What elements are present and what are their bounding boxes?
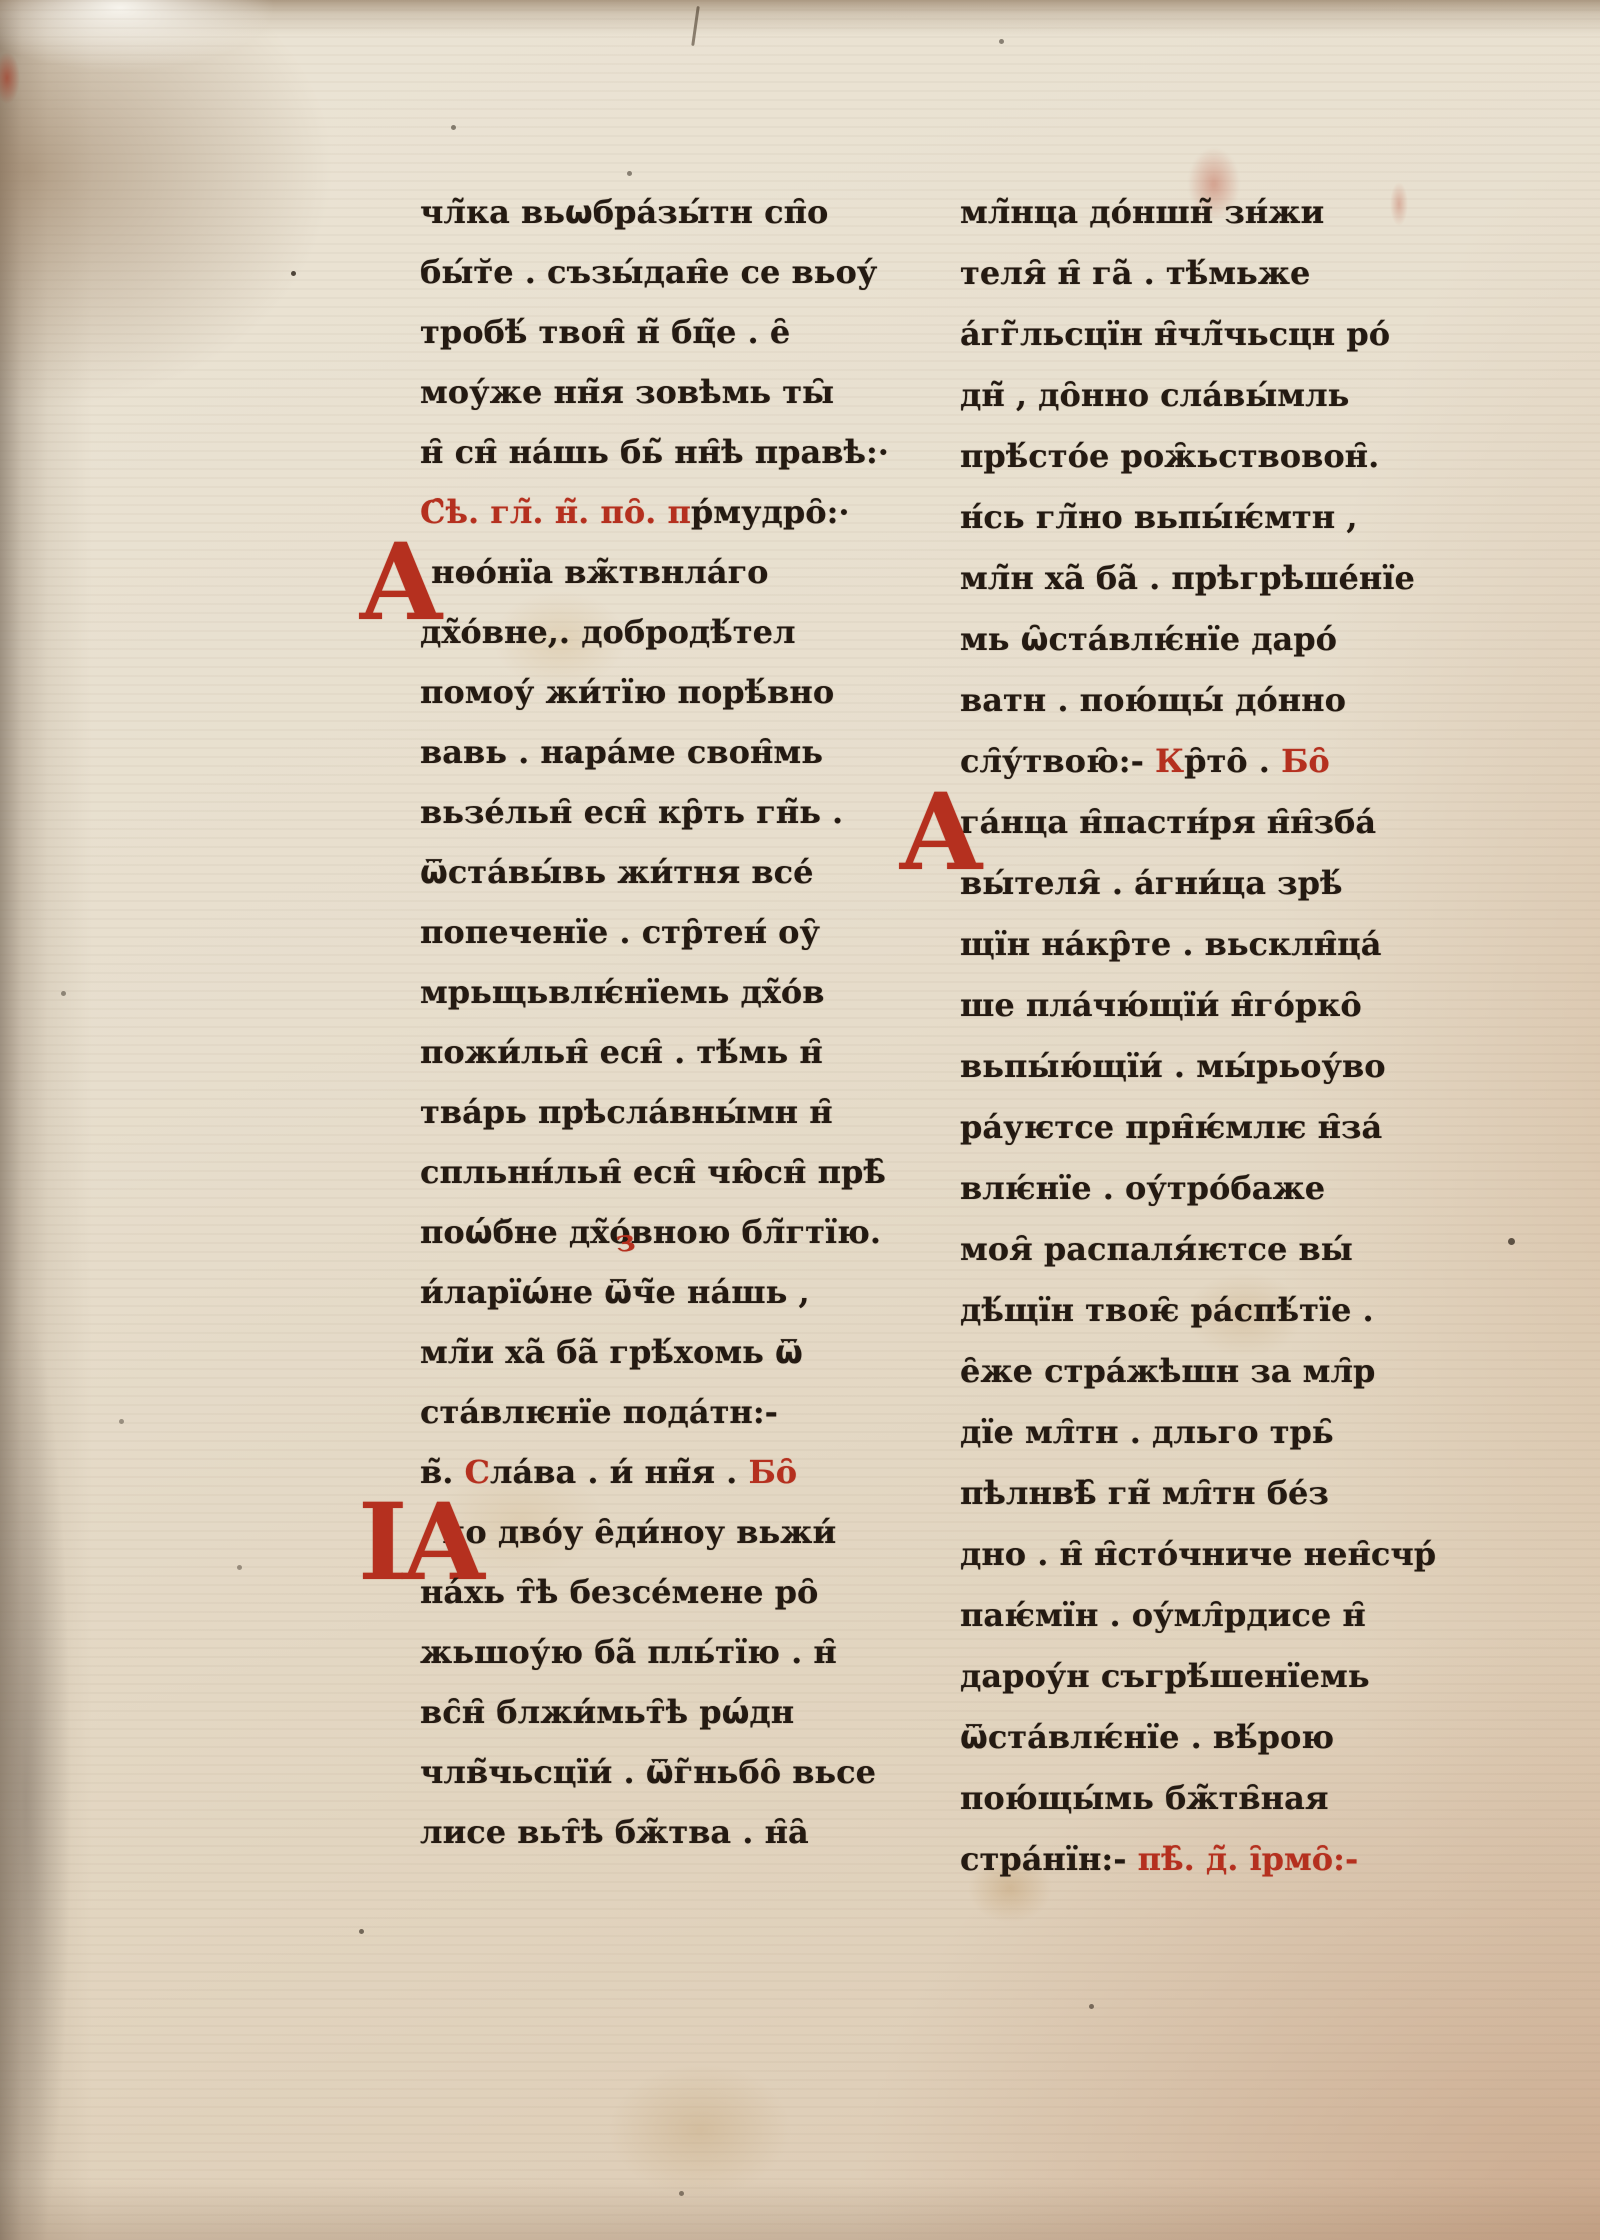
body-text: чл̃ка вьѡбра́зы́тн сп̑о (420, 193, 828, 231)
body-text: теля̑ н̑ га̃ . тѣ́мьже (960, 254, 1310, 292)
body-text: щїн на́кр̑те . вьсклн̑ца́ (960, 925, 1382, 963)
body-text: р́мудро̑:· (691, 493, 850, 531)
body-text: вьпы́ю́щїи́ . мы́рьоу́во (960, 1047, 1386, 1085)
text-line: вавь . нара́ме свон̑мь (420, 722, 840, 782)
body-text: моя̑ распаля́ѥтсе вы́ (960, 1230, 1353, 1268)
body-text: ко дво́у е̑ди́ноу вьжи́ (420, 1513, 836, 1551)
rubric-text: Бо̑ (748, 1453, 797, 1491)
text-line: жьшоу́ю ба̃ пль́тїю . н̑ (420, 1622, 840, 1682)
text-line: лисе вьт̑ѣ бж̃тва . н̑а̑ (420, 1802, 840, 1862)
body-text: мл̃нца до́ншн̃ зн́жи (960, 193, 1324, 231)
ink-specks (0, 0, 3, 3)
text-line: на́хь т̑ѣ безсе́мене ро̑ (420, 1562, 840, 1622)
body-text: попеченїе . стр̑тен́ оу̑ (420, 913, 820, 951)
text-line: прѣ́сто́е рож̑ьствовон̑. (960, 426, 1360, 487)
rubric-text: К (1155, 742, 1184, 780)
body-text: мрьщьвлѥ́нїемь дх̃о́в (420, 973, 824, 1011)
body-text: поѡ́б̆не дх̃о́вною бл̃гтїю. (420, 1213, 881, 1251)
body-text: ѿста́вы́вь жи́тня все́ (420, 853, 813, 891)
text-line: вьпы́ю́щїи́ . мы́рьоу́во (960, 1036, 1360, 1097)
text-column-left: чл̃ка вьѡбра́зы́тн сп̑обы́т̆е . съзы́дан… (420, 182, 840, 1862)
body-text: влѥ́нїе . оу́тро́баже (960, 1169, 1325, 1207)
text-line: мь ѡ̑ста́влѥ́нїе даро́ (960, 609, 1360, 670)
text-line: спльнн́льн̑ есн̑ чю̑сн̑ прѣ̑ (420, 1142, 840, 1202)
rubric-text: С̑ѣ. гл̃. н̃. по̑. п (420, 493, 691, 531)
text-line: ватн . пою́щы́ до́нно (960, 670, 1360, 731)
body-text: нѳо́нїа вж̃твнла́го (420, 553, 769, 591)
text-line: стра́нїн:- пѣ̑. д̃. і̑рмо̑:- (960, 1829, 1360, 1890)
body-text: прѣ́сто́е рож̑ьствовон̑. (960, 437, 1379, 475)
body-text: моу́же нн̃я зовѣмь ты̑ (420, 373, 834, 411)
body-text: жьшоу́ю ба̃ пль́тїю . н̑ (420, 1633, 837, 1671)
body-text: н̑ сн̑ на́шь бь̃ нн̑ѣ правѣ:· (420, 433, 889, 471)
body-text: ше пла́чю́щїи́ н̑го́рко̑ (960, 986, 1362, 1024)
body-text: вавь . нара́ме свон̑мь (420, 733, 823, 771)
text-line: в̃. Сла́ва . и́ нн̃я . Бо̑ (420, 1442, 840, 1502)
body-text: р̑то̑ . (1184, 742, 1281, 780)
body-text: ѿста́влѥ́нїе . вѣ́рою (960, 1718, 1334, 1756)
text-line: ѿста́вы́вь жи́тня все́ (420, 842, 840, 902)
body-text: лисе вьт̑ѣ бж̃тва . н̑а̑ (420, 1813, 809, 1851)
text-line: А нѳо́нїа вж̃твнла́го (420, 542, 840, 602)
text-line: мл̃нца до́ншн̃ зн́жи (960, 182, 1360, 243)
text-column-right: мл̃нца до́ншн̃ зн́жителя̑ н̑ га̃ . тѣ́мь… (960, 182, 1360, 1890)
body-text: тробѣ́ твон̑ н̃ бц̃е . е̑ (420, 313, 790, 351)
body-text: пѣлнвѣ̑ гн̃ мл̑тн бе́з (960, 1474, 1329, 1512)
text-line: бы́т̆е . съзы́дан̑е се вьоу́ (420, 242, 840, 302)
text-line: дѣ́щїн твоѥ̑ ра́спѣ́тїе . (960, 1280, 1360, 1341)
body-text: бы́т̆е . съзы́дан̑е се вьоу́ (420, 253, 877, 291)
body-text: е̑же стра́жѣшн за мл̑р (960, 1352, 1375, 1390)
red-ink-smudge (0, 52, 20, 104)
body-text: тва́рь прѣсла́вны́мн н̑ (420, 1093, 833, 1131)
text-line: мрьщьвлѥ́нїемь дх̃о́в (420, 962, 840, 1022)
text-line: ѿста́влѥ́нїе . вѣ́рою (960, 1707, 1360, 1768)
text-line: ра́уѥтсе прн̑ѥ́млѥ н̑за́ (960, 1097, 1360, 1158)
text-line: вьзе́льн̑ есн̑ кр̑ть гн̃ь . (420, 782, 840, 842)
body-text: члв̃чьсцїи́ . ѿг̃ньбо̑ вьсе (420, 1753, 876, 1791)
body-text: ватн . пою́щы́ до́нно (960, 681, 1346, 719)
body-text: ла́ва . и́ нн̃я . (490, 1453, 748, 1491)
body-text: вы́теля̑ . а́гни́ца зрѣ́ (960, 864, 1342, 902)
body-text: стра́нїн:- (960, 1840, 1138, 1878)
body-text: н́сь гл̃но вьпы́ѥ́мтн , (960, 498, 1357, 536)
text-line: мл̃и ха̃ ба̃ грѣ́хомь ѿ (420, 1322, 840, 1382)
text-line: вы́теля̑ . а́гни́ца зрѣ́ (960, 853, 1360, 914)
marginal-correction: з (614, 1223, 637, 1260)
text-line: попеченїе . стр̑тен́ оу̑ (420, 902, 840, 962)
body-text: мл̃н ха̃ ба̃ . прѣгрѣше́нїе (960, 559, 1415, 597)
body-text: сл̑у́твою̑:- (960, 742, 1155, 780)
text-line: пѣлнвѣ̑ гн̃ мл̑тн бе́з (960, 1463, 1360, 1524)
text-line: мл̃н ха̃ ба̃ . прѣгрѣше́нїе (960, 548, 1360, 609)
body-text: дно . н̑ н̑сто́чниче нен̑счр́ (960, 1535, 1436, 1573)
text-line: моя̑ распаля́ѥтсе вы́ (960, 1219, 1360, 1280)
text-line: С̑ѣ. гл̃. н̃. по̑. пр́мудро̑:· (420, 482, 840, 542)
body-text: паѥ́мїн . оу́мл̑рдисе н̑ (960, 1596, 1366, 1634)
body-text: вьзе́льн̑ есн̑ кр̑ть гн̃ь . (420, 793, 843, 831)
body-text: пою́щы́мь бж̃тв̑ная (960, 1779, 1328, 1817)
text-line: дно . н̑ н̑сто́чниче нен̑счр́ (960, 1524, 1360, 1585)
text-line: ста́влѥнїе пода́тн:- (420, 1382, 840, 1442)
text-line: пою́щы́мь бж̃тв̑ная (960, 1768, 1360, 1829)
body-text: а́гг̃льсцїн н̑чл̃чьсцн ро́ (960, 315, 1390, 353)
body-text: дѣ́щїн твоѥ̑ ра́спѣ́тїе . (960, 1291, 1374, 1329)
text-line: дароу́н съгрѣ́шенїемь (960, 1646, 1360, 1707)
text-line: щїн на́кр̑те . вьсклн̑ца́ (960, 914, 1360, 975)
text-line: н́сь гл̃но вьпы́ѥ́мтн , (960, 487, 1360, 548)
text-line: чл̃ка вьѡбра́зы́тн сп̑о (420, 182, 840, 242)
body-text: мл̃и ха̃ ба̃ грѣ́хомь ѿ (420, 1333, 803, 1371)
body-text: ра́уѥтсе прн̑ѥ́млѥ н̑за́ (960, 1108, 1382, 1146)
text-line: тва́рь прѣсла́вны́мн н̑ (420, 1082, 840, 1142)
text-line: члв̃чьсцїи́ . ѿг̃ньбо̑ вьсе (420, 1742, 840, 1802)
text-line: дх̃о́вне,. добродѣ́тел (420, 602, 840, 662)
manuscript-page: чл̃ка вьѡбра́зы́тн сп̑обы́т̆е . съзы́дан… (0, 0, 1600, 2240)
text-line: е̑же стра́жѣшн за мл̑р (960, 1341, 1360, 1402)
body-text: пожи́льн̑ есн̑ . тѣ́мь н̑ (420, 1033, 823, 1071)
body-text: ста́влѥнїе пода́тн:- (420, 1393, 778, 1431)
text-line: н̑ сн̑ на́шь бь̃ нн̑ѣ правѣ:· (420, 422, 840, 482)
body-text: дїе мл̑тн . дльго трь̑ (960, 1413, 1334, 1451)
body-text: и́ларїѡ́не ѿч̃е на́шь , (420, 1273, 810, 1311)
text-line: теля̑ н̑ га̃ . тѣ́мьже (960, 243, 1360, 304)
body-text: помоу́ жи́тїю порѣ́вно (420, 673, 834, 711)
text-line: паѥ́мїн . оу́мл̑рдисе н̑ (960, 1585, 1360, 1646)
text-line: дн̃ , до̑нно сла́вы́мль (960, 365, 1360, 426)
body-text: на́хь т̑ѣ безсе́мене ро̑ (420, 1573, 818, 1611)
body-text: дх̃о́вне,. добродѣ́тел (420, 613, 796, 651)
body-text: дн̃ , до̑нно сла́вы́мль (960, 376, 1349, 414)
text-line: вс̑н̑ блжи́мьт̑ѣ рѡ́дн (420, 1682, 840, 1742)
text-line: Ага́нца н̑пастн́ря н̑н̑зба́ (960, 792, 1360, 853)
text-line: ІА ко дво́у е̑ди́ноу вьжи́ (420, 1502, 840, 1562)
text-line: влѥ́нїе . оу́тро́баже (960, 1158, 1360, 1219)
text-line: помоу́ жи́тїю порѣ́вно (420, 662, 840, 722)
body-text: вс̑н̑ блжи́мьт̑ѣ рѡ́дн (420, 1693, 794, 1731)
text-line: а́гг̃льсцїн н̑чл̃чьсцн ро́ (960, 304, 1360, 365)
text-line: сл̑у́твою̑:- Кр̑то̑ . Бо̑ (960, 731, 1360, 792)
body-text: спльнн́льн̑ есн̑ чю̑сн̑ прѣ̑ (420, 1153, 886, 1191)
text-line: пожи́льн̑ есн̑ . тѣ́мь н̑ (420, 1022, 840, 1082)
text-line: дїе мл̑тн . дльго трь̑ (960, 1402, 1360, 1463)
red-ink-smudge (1390, 182, 1408, 226)
pen-mark (691, 6, 700, 46)
body-text: мь ѡ̑ста́влѥ́нїе даро́ (960, 620, 1337, 658)
rubric-text: пѣ̑. д̃. і̑рмо̑:- (1138, 1840, 1359, 1878)
text-line: тробѣ́ твон̑ н̃ бц̃е . е̑ (420, 302, 840, 362)
text-line: и́ларїѡ́не ѿч̃е на́шь , (420, 1262, 840, 1322)
rubric-text: Бо̑ (1281, 742, 1330, 780)
text-line: моу́же нн̃я зовѣмь ты̑ (420, 362, 840, 422)
body-text: дароу́н съгрѣ́шенїемь (960, 1657, 1370, 1695)
body-text: га́нца н̑пастн́ря н̑н̑зба́ (960, 803, 1376, 841)
text-line: ше пла́чю́щїи́ н̑го́рко̑ (960, 975, 1360, 1036)
